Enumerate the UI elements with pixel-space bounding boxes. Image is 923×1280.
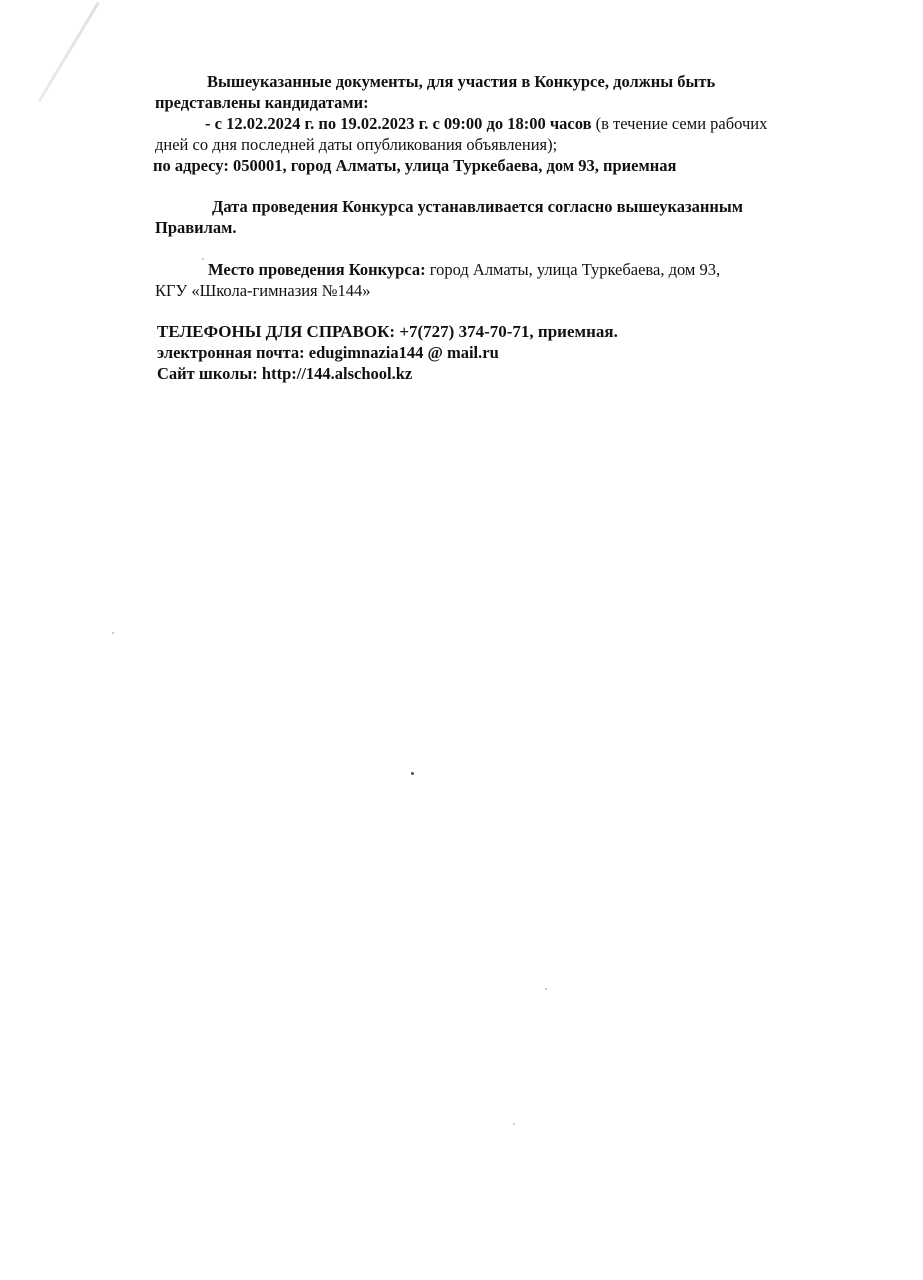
contacts-email: электронная почта: edugimnazia144 @ mail… xyxy=(157,343,499,363)
venue-value: город Алматы, улица Туркебаева, дом 93, xyxy=(426,260,720,279)
submission-address: по адресу: 050001, город Алматы, улица Т… xyxy=(153,156,676,176)
para1-line3: - с 12.02.2024 г. по 19.02.2023 г. с 09:… xyxy=(205,114,767,134)
deadline-note: (в течение семи рабочих xyxy=(592,114,768,133)
contacts-site: Сайт школы: http://144.alschool.kz xyxy=(157,364,412,384)
scan-speck xyxy=(202,258,204,260)
scan-artifact-line xyxy=(38,2,100,102)
para1-line1: Вышеуказанные документы, для участия в К… xyxy=(207,72,715,92)
para1-line4: дней со дня последней даты опубликования… xyxy=(155,135,557,155)
para3-line2: КГУ «Школа-гимназия №144» xyxy=(155,281,371,301)
venue-label: Место проведения Конкурса: xyxy=(208,260,426,279)
contacts-phones: ТЕЛЕФОНЫ ДЛЯ СПРАВОК: +7(727) 374-70-71,… xyxy=(157,322,618,342)
scan-speck xyxy=(545,988,547,990)
scan-speck xyxy=(513,1123,515,1125)
deadline-dates: - с 12.02.2024 г. по 19.02.2023 г. с 09:… xyxy=(205,114,592,133)
para2-line1: Дата проведения Конкурса устанавливается… xyxy=(212,197,743,217)
para3-line1: Место проведения Конкурса: город Алматы,… xyxy=(208,260,720,280)
scan-speck xyxy=(112,632,114,634)
para2-line2: Правилам. xyxy=(155,218,237,238)
para1-line2: представлены кандидатами: xyxy=(155,93,369,113)
scan-speck xyxy=(411,772,414,775)
